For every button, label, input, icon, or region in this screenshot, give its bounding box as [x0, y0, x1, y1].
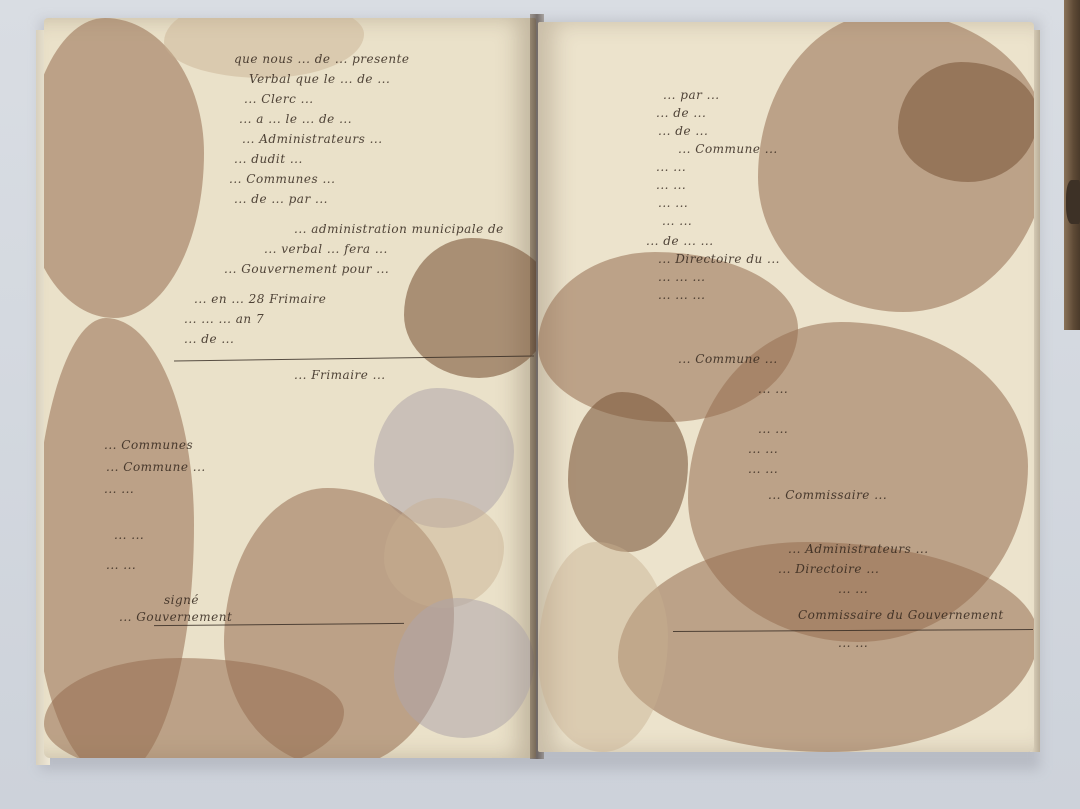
manuscript-line: ... Commune ... [678, 142, 778, 156]
manuscript-line: ... par ... [663, 88, 720, 102]
manuscript-line: ... dudit ... [234, 152, 303, 166]
manuscript-line: ... Communes ... [229, 172, 335, 186]
manuscript-line: ... Gouvernement pour ... [224, 262, 389, 276]
manuscript-line: Verbal que le ... de ... [249, 72, 390, 86]
left-page: que nous ... de ... presente Verbal que … [44, 18, 536, 758]
wooden-frame-knot [1066, 180, 1080, 224]
water-stain [568, 392, 688, 552]
manuscript-line: ... ... [838, 582, 868, 596]
manuscript-line: ... ... [658, 196, 688, 210]
manuscript-line: ... ... [662, 214, 692, 228]
manuscript-line: ... Commune ... [106, 460, 206, 474]
manuscript-line: ... ... [106, 558, 136, 572]
manuscript-line: ... Administrateurs ... [242, 132, 383, 146]
manuscript-line: ... Commissaire ... [768, 488, 887, 502]
water-stain [384, 498, 504, 608]
manuscript-line: ... ... [656, 178, 686, 192]
manuscript-line: ... ... [838, 636, 868, 650]
manuscript-line: ... en ... 28 Frimaire [194, 292, 326, 306]
wooden-frame-edge [1064, 0, 1080, 330]
water-stain [44, 18, 204, 318]
manuscript-line: ... de ... [658, 124, 708, 138]
manuscript-line: ... de ... ... [646, 234, 714, 248]
manuscript-line: ... Clerc ... [244, 92, 314, 106]
manuscript-line: ... verbal ... fera ... [264, 242, 388, 256]
manuscript-line: ... Directoire ... [778, 562, 879, 576]
manuscript-line: ... ... [656, 160, 686, 174]
manuscript-line: ... ... [104, 482, 134, 496]
water-stain [394, 598, 534, 738]
manuscript-line: ... ... [758, 422, 788, 436]
manuscript-line: que nous ... de ... presente [234, 52, 410, 66]
water-stain [538, 542, 668, 752]
manuscript-line: ... de ... par ... [234, 192, 328, 206]
manuscript-line: ... administration municipale de [294, 222, 504, 236]
manuscript-line: ... a ... le ... de ... [239, 112, 352, 126]
manuscript-heading: ... Frimaire ... [294, 368, 386, 382]
manuscript-line: ... Directoire du ... [658, 252, 780, 266]
manuscript-line: ... Communes [104, 438, 193, 452]
manuscript-line: ... ... [114, 528, 144, 542]
manuscript-line: ... ... [748, 442, 778, 456]
manuscript-line: ... de ... [184, 332, 234, 346]
manuscript-line: ... Gouvernement [119, 610, 232, 624]
manuscript-line: Commissaire du Gouvernement [798, 608, 1004, 622]
manuscript-line: ... ... [748, 462, 778, 476]
manuscript-line: ... ... ... [658, 270, 705, 284]
manuscript-line: signé [164, 593, 199, 607]
right-page: ... par ... ... de ... ... de ... ... Co… [538, 22, 1034, 752]
water-stain [898, 62, 1034, 182]
manuscript-line: ... ... [758, 382, 788, 396]
water-stain [164, 18, 364, 78]
manuscript-line: ... ... ... an 7 [184, 312, 264, 326]
manuscript-line: ... de ... [656, 106, 706, 120]
manuscript-line: ... Commune ... [678, 352, 778, 366]
manuscript-line: ... ... ... [658, 288, 705, 302]
manuscript-line: ... Administrateurs ... [788, 542, 929, 556]
